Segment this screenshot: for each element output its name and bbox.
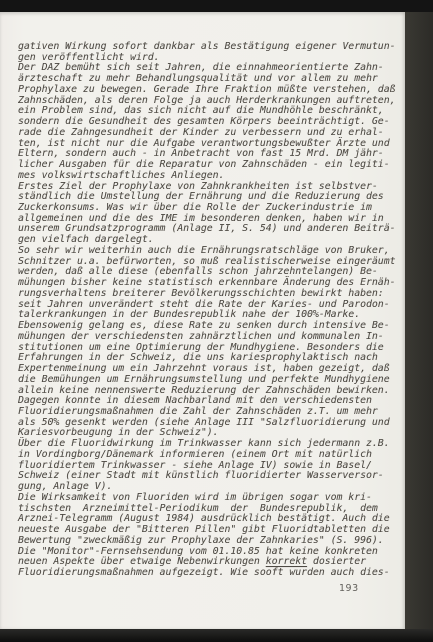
document-text: gativen Wirkung sofort dankbar als Bestä… bbox=[18, 42, 396, 579]
text-line: die Bemühungen um Ernährungsumstellung u… bbox=[18, 375, 396, 386]
text-line: rungsverhaltens breiterer Bevölkerungssc… bbox=[18, 289, 396, 300]
scan-border-bottom bbox=[0, 629, 433, 642]
text-line: rade die Zahngesundheit der Kinder zu ve… bbox=[18, 128, 396, 139]
text-line: mühungen der verschiedensten zahnärztlic… bbox=[18, 332, 396, 343]
page-number: 193 bbox=[339, 583, 359, 594]
text-line: mes volkswirtschaftliches Anliegen. bbox=[18, 171, 396, 182]
scan-border-top bbox=[0, 0, 433, 12]
text-line: Fluoridierungsmaßnahmen aufgezeigt. Wie … bbox=[18, 568, 396, 579]
scanned-page: gativen Wirkung sofort dankbar als Bestä… bbox=[0, 12, 405, 629]
scan-border-right bbox=[405, 12, 433, 629]
text-line: Die Wirksamkeit von Fluoriden wird im üb… bbox=[18, 493, 396, 504]
text-line: Bewertung "zweckmäßig zur Prophylaxe der… bbox=[18, 536, 396, 547]
underlined-word: korrekt bbox=[266, 556, 307, 567]
